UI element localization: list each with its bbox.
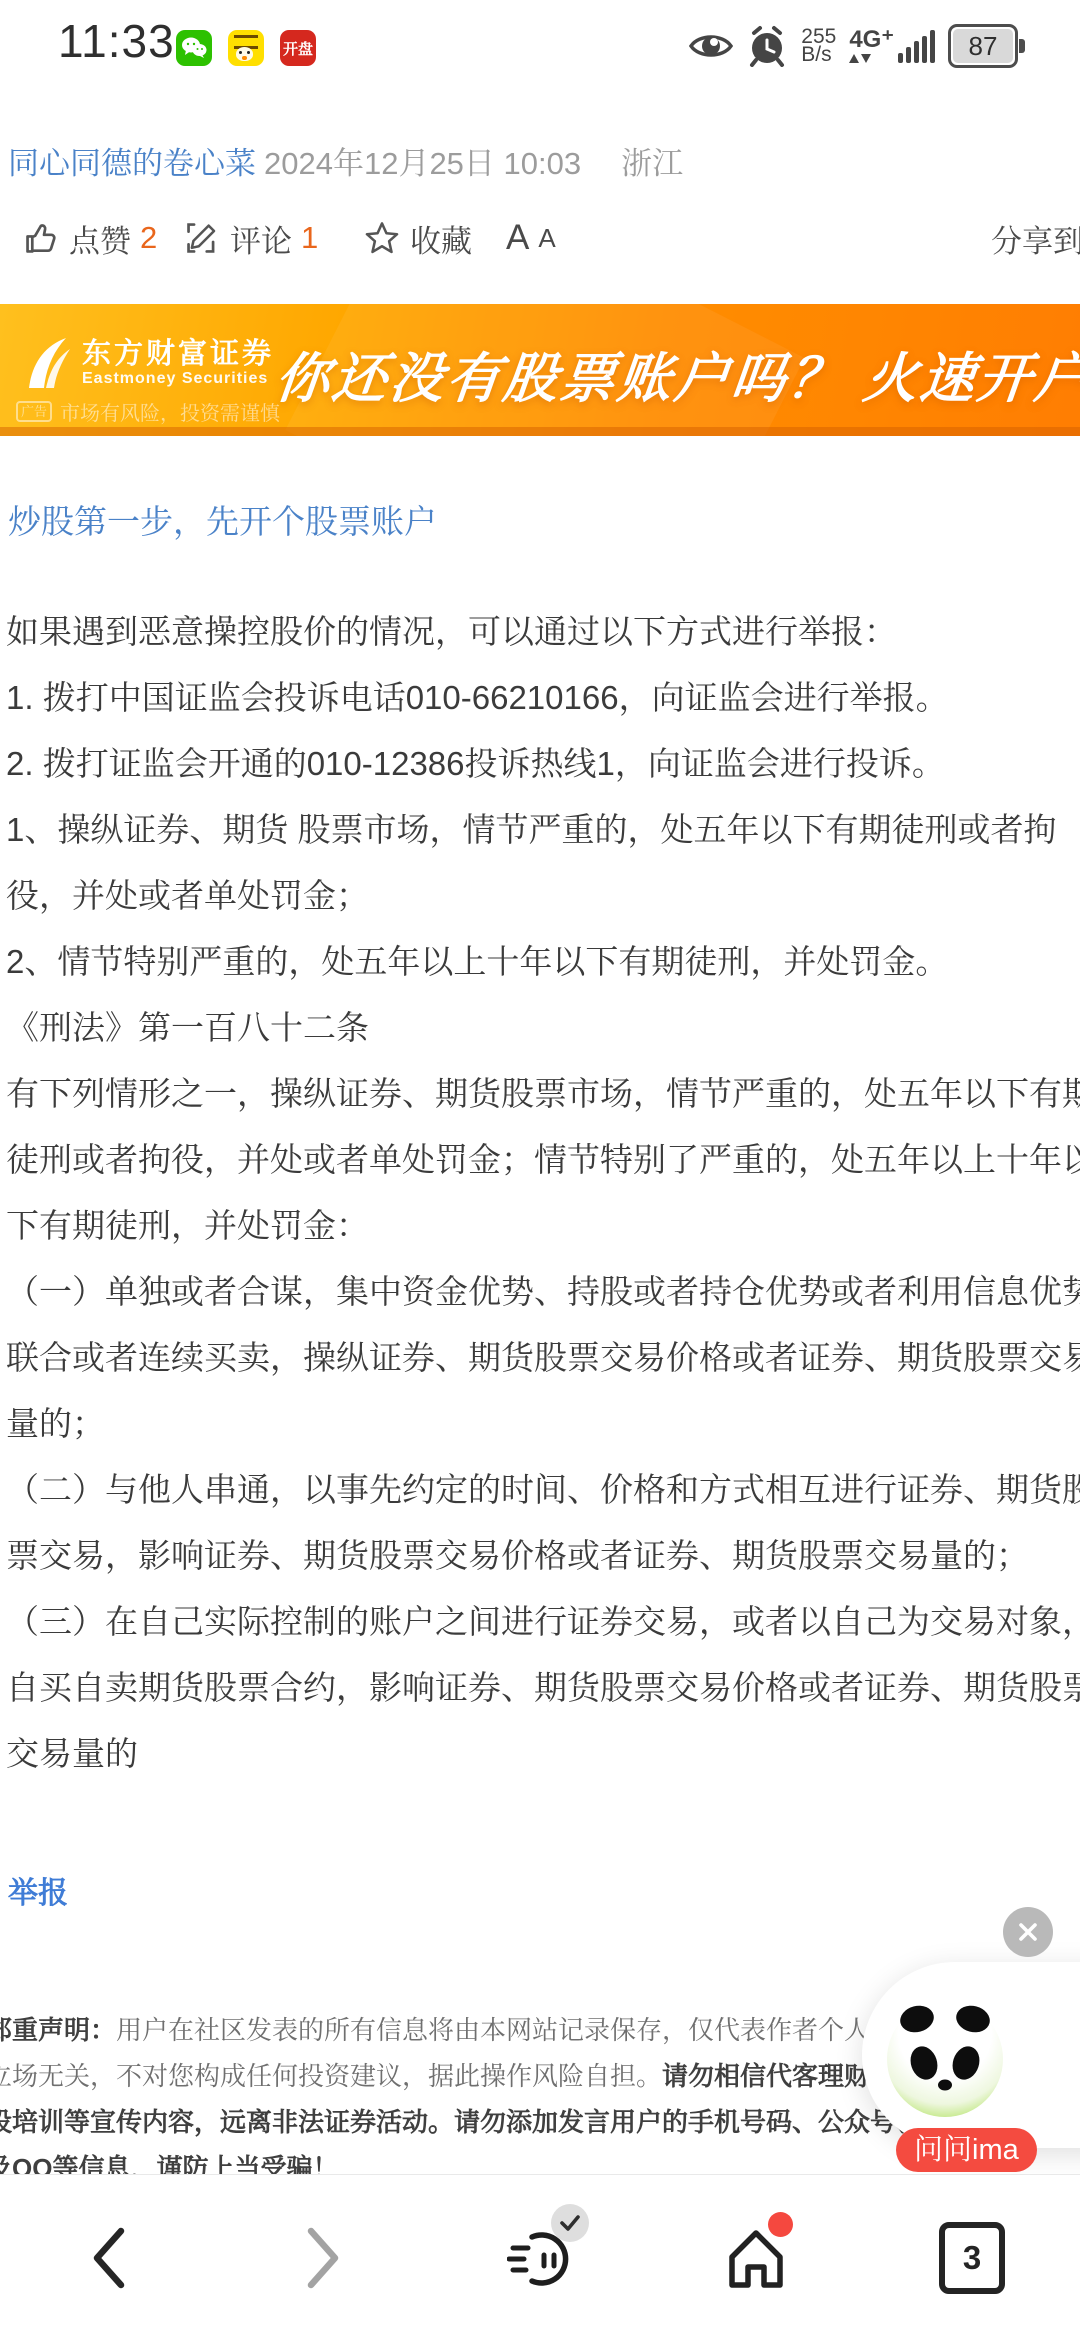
kaipan-app-icon: 开盘 — [280, 30, 316, 66]
favorite-label: 收藏 — [410, 216, 472, 261]
content-line: 如果遇到恶意操控股价的情况，可以通过以下方式进行举报： — [6, 599, 1080, 665]
content-line: 2、情节特别严重的，处五年以上十年以下有期徒刑，并处罚金。 — [6, 929, 1080, 995]
content-line: 自买自卖期货股票合约，影响证券、期货股票交易价格或者证券、期货股票 — [6, 1655, 1080, 1721]
post-date: 2024年12月25日 10:03 — [264, 138, 581, 183]
battery-level: 87 — [969, 31, 998, 62]
alarm-clock-icon — [746, 25, 788, 67]
brand-name-cn: 东方财富证券 — [82, 338, 274, 370]
battery-icon: 87 — [948, 24, 1018, 68]
comment-label: 评论 — [230, 216, 292, 261]
thumbs-up-icon — [22, 219, 60, 257]
back-button[interactable] — [38, 2175, 178, 2340]
panda-icon[interactable] — [884, 1998, 1006, 2120]
post-action-bar: 点赞 2 评论 1 收藏 AA 分享到 — [0, 210, 1080, 266]
ad-slogan: 你还没有股票账户吗？ 火速开户 — [272, 336, 1080, 413]
write-comment-icon — [183, 219, 221, 257]
comment-count: 1 — [301, 220, 318, 256]
content-line: （一）单独或者合谋，集中资金优势、持股或者持仓优势或者利用信息优势 — [6, 1259, 1080, 1325]
content-line: 役，并处或者单处罚金； — [6, 863, 1080, 929]
clock-time: 11:33 — [58, 14, 175, 68]
content-line: 量的； — [6, 1391, 1080, 1457]
ask-ima-button[interactable]: 问问ima — [896, 2128, 1037, 2172]
close-icon — [1017, 1921, 1039, 1943]
author-username-link[interactable]: 同心同德的卷心菜 — [8, 138, 256, 183]
post-content: 如果遇到恶意操控股价的情况，可以通过以下方式进行举报：1. 拨打中国证监会投诉电… — [6, 599, 1080, 1787]
content-line: 交易量的 — [6, 1721, 1080, 1787]
favorite-button[interactable]: 收藏 — [363, 210, 472, 266]
eastmoney-ad-banner[interactable]: 东方财富证券 Eastmoney Securities 你还没有股票账户吗？ 火… — [0, 304, 1080, 436]
content-line: 联合或者连续买卖，操纵证券、期货股票交易价格或者证券、期货股票交易 — [6, 1325, 1080, 1391]
updown-arrows-icon — [849, 54, 871, 63]
font-size-button[interactable]: AA — [506, 210, 556, 266]
home-notification-dot — [768, 2212, 793, 2237]
network-type: 4G⁺ — [849, 29, 894, 51]
eastmoney-logo: 东方财富证券 Eastmoney Securities — [26, 336, 274, 390]
content-line: 有下列情形之一，操纵证券、期货股票市场，情节严重的，处五年以下有期 — [6, 1061, 1080, 1127]
content-line: 2. 拨打证监会开通的010-12386投诉热线1，向证监会进行投诉。 — [6, 731, 1080, 797]
report-link[interactable]: 举报 — [8, 1868, 68, 1912]
like-label: 点赞 — [69, 216, 131, 261]
status-bar-right: 255 B/s 4G⁺ 87 — [689, 0, 1018, 92]
share-button[interactable]: 分享到 — [991, 210, 1080, 266]
signal-bars-icon: 4G⁺ — [849, 29, 935, 63]
font-size-small-letter: A — [538, 223, 555, 254]
home-button[interactable] — [686, 2175, 826, 2340]
wechat-icon — [176, 30, 212, 66]
content-line: 徒刑或者拘役，并处或者单处罚金；情节特别了严重的，处五年以上十年以 — [6, 1127, 1080, 1193]
ad-fine-print: 广告 市场有风险，投资需谨慎 — [16, 397, 280, 426]
eastmoney-swoosh-icon — [26, 336, 72, 390]
post-location: 浙江 — [621, 138, 683, 183]
like-count: 2 — [140, 220, 157, 256]
forward-chevron-icon — [301, 2223, 347, 2293]
notification-app-icons: 开盘 — [176, 30, 316, 66]
content-line: 《刑法》第一百八十二条 — [6, 995, 1080, 1061]
phone-screen: 11:33 开盘 — [0, 0, 1080, 2340]
network-speed: 255 B/s — [801, 28, 836, 64]
yellow-chick-app-icon — [228, 30, 264, 66]
content-line: 下有期徒刑，并处罚金： — [6, 1193, 1080, 1259]
brand-name-en: Eastmoney Securities — [82, 370, 274, 388]
browser-bottom-nav: 3 — [0, 2174, 1080, 2340]
tab-switcher-button[interactable]: 3 — [902, 2175, 1042, 2340]
tab-count-box: 3 — [939, 2222, 1005, 2294]
risk-warning-text: 市场有风险，投资需谨慎 — [60, 397, 280, 426]
comment-button[interactable]: 评论 1 — [183, 210, 318, 266]
speed-mode-button[interactable] — [470, 2175, 610, 2340]
open-account-link[interactable]: 炒股第一步，先开个股票账户 — [8, 496, 437, 543]
eye-protection-icon — [689, 29, 733, 63]
content-line: （二）与他人串通，以事先约定的时间、价格和方式相互进行证券、期货股 — [6, 1457, 1080, 1523]
forward-button[interactable] — [254, 2175, 394, 2340]
content-line: 票交易，影响证券、期货股票交易价格或者证券、期货股票交易量的； — [6, 1523, 1080, 1589]
back-chevron-icon — [85, 2223, 131, 2293]
font-size-big-letter: A — [506, 218, 529, 258]
content-line: 1、操纵证券、期货 股票市场，情节严重的，处五年以下有期徒刑或者拘 — [6, 797, 1080, 863]
content-line: 1. 拨打中国证监会投诉电话010-66210166，向证监会进行举报。 — [6, 665, 1080, 731]
content-line: （三）在自己实际控制的账户之间进行证券交易，或者以自己为交易对象， — [6, 1589, 1080, 1655]
post-header: 同心同德的卷心菜 2024年12月25日 10:03 浙江 — [8, 138, 1080, 183]
star-icon — [363, 219, 401, 257]
ad-tag-badge: 广告 — [16, 401, 52, 422]
close-assistant-button[interactable] — [1003, 1907, 1053, 1957]
status-bar: 11:33 开盘 — [0, 0, 1080, 92]
like-button[interactable]: 点赞 2 — [22, 210, 157, 266]
check-badge-icon — [551, 2204, 589, 2242]
